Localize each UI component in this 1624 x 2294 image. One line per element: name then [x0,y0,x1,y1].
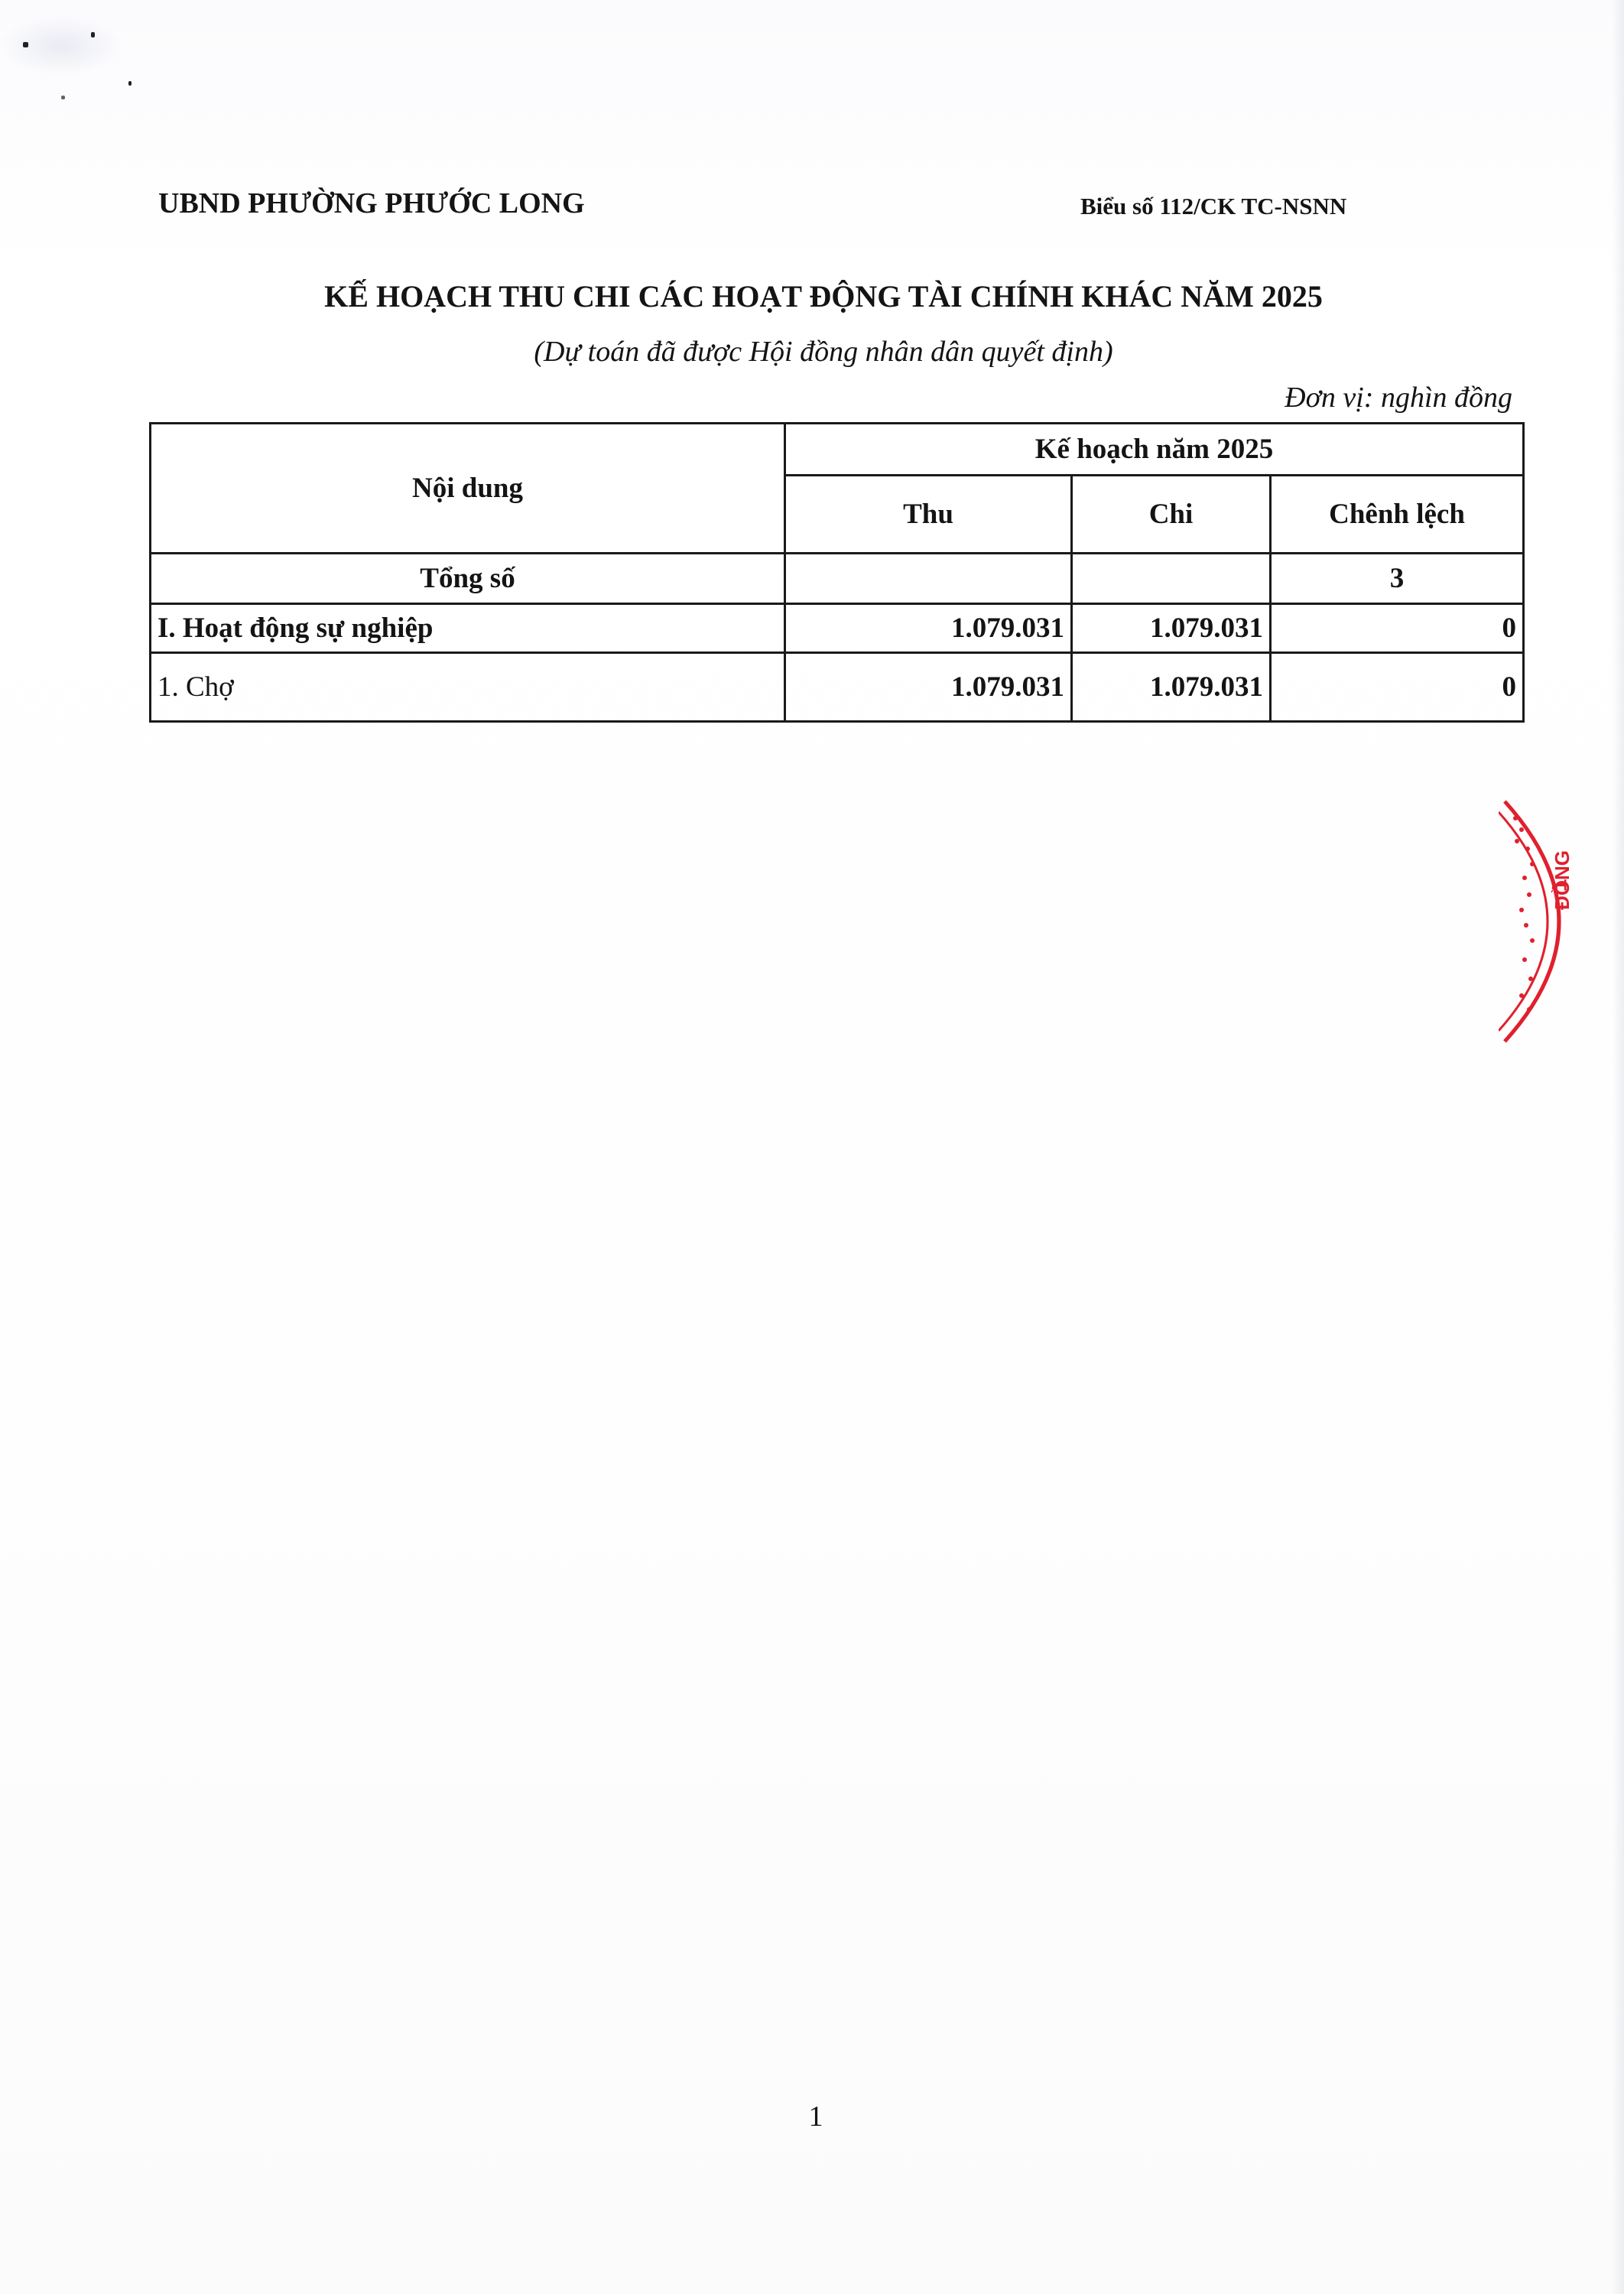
scan-speck [91,32,95,37]
page-number: 1 [0,2100,1624,2133]
scan-smudge [0,15,122,76]
header-row-group: Nội dung Kế hoạch năm 2025 [151,424,1524,476]
row-thu [785,554,1072,604]
scan-speck [23,42,28,47]
scan-speck [61,96,65,99]
issuing-agency: UBND PHƯỜNG PHƯỚC LONG [158,187,585,220]
document-subtitle: (Dự toán đã được Hội đồng nhân dân quyết… [0,335,1624,369]
header-thu: Thu [785,476,1072,554]
official-seal-icon: T. ĐỒNG [1499,795,1606,1048]
document-page: UBND PHƯỜNG PHƯỚC LONG Biểu số 112/CK TC… [0,0,1624,2294]
row-content: I. Hoạt động sự nghiệp [151,604,785,653]
row-chi [1072,554,1271,604]
unit-label: Đơn vị: nghìn đồng [1285,381,1512,414]
scan-speck [128,81,132,86]
header-plan-year: Kế hoạch năm 2025 [785,424,1524,476]
row-content: 1. Chợ [151,653,785,722]
row-chi: 1.079.031 [1072,604,1271,653]
table-row-total: Tổng số 3 [151,554,1524,604]
table-row-item: 1. Chợ 1.079.031 1.079.031 0 [151,653,1524,722]
header-difference: Chênh lệch [1271,476,1524,554]
plan-table: Nội dung Kế hoạch năm 2025 Thu Chi Chênh… [149,422,1525,723]
form-number: Biểu số 112/CK TC-NSNN [1080,193,1346,220]
row-thu: 1.079.031 [785,604,1072,653]
row-difference: 0 [1271,653,1524,722]
svg-text:ĐỒNG: ĐỒNG [1551,850,1574,910]
row-thu: 1.079.031 [785,653,1072,722]
header-chi: Chi [1072,476,1271,554]
row-difference: 0 [1271,604,1524,653]
row-chi: 1.079.031 [1072,653,1271,722]
header-content: Nội dung [151,424,785,554]
row-content: Tổng số [151,554,785,604]
scan-edge-shadow [1612,0,1624,2294]
table-row-section: I. Hoạt động sự nghiệp 1.079.031 1.079.0… [151,604,1524,653]
row-difference: 3 [1271,554,1524,604]
document-title: KẾ HOẠCH THU CHI CÁC HOẠT ĐỘNG TÀI CHÍNH… [0,278,1624,314]
